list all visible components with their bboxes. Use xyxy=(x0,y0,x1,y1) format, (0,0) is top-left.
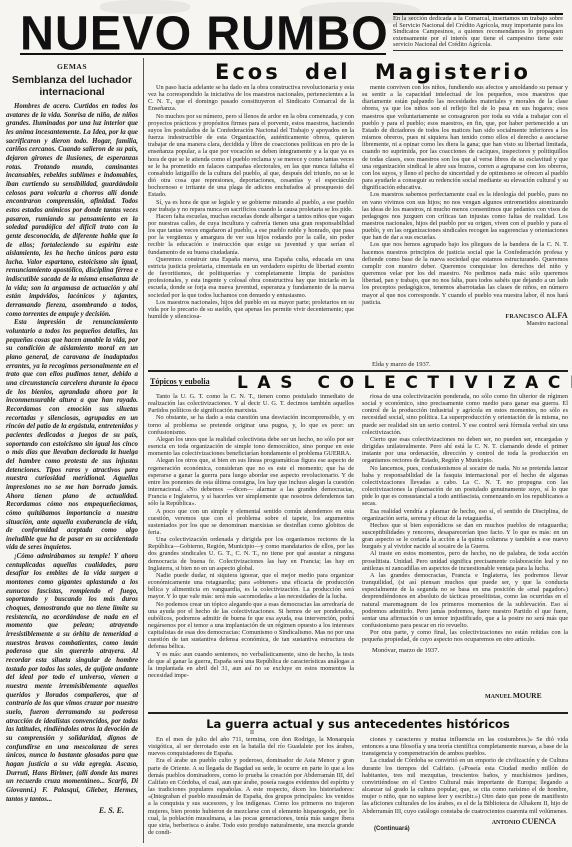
article-column: mente conviven con los niños, fundiendo … xyxy=(362,84,568,328)
paragraph: No lancemos, pues, confusionismos al soc… xyxy=(362,465,568,508)
paragraph: Hacen falta escuelas, muchas escuelas do… xyxy=(148,213,354,256)
left-signature: E. S. E. xyxy=(6,806,138,815)
article-signature: MANUEL MOURE xyxy=(485,691,542,700)
paragraph: Era el árabe un pueblo culto y poderoso,… xyxy=(148,757,354,836)
paragraph: Queremos construir una España nueva, una… xyxy=(148,256,354,299)
paragraph: riosa de una colectivización ponderada, … xyxy=(362,393,568,436)
continued-note: (Continuará) xyxy=(362,826,410,833)
article-column: Un paso hacia adelante se ha dado en la … xyxy=(148,84,354,328)
article-kicker: Tópicos y eubolia xyxy=(150,377,210,386)
article-column: ciones y caracteres y mutua influencia e… xyxy=(362,736,568,836)
paragraph: Al traste en estos momentos, pero de hec… xyxy=(362,550,568,571)
paragraph: Tanto la U. G. T. como la C. N. T., tien… xyxy=(148,393,354,414)
article-signature: ANTONIO CUENCA xyxy=(492,818,568,833)
paragraph: A poco que con un simple y elemental sen… xyxy=(148,508,354,537)
paragraph: ¡Cómo admirábamos su temple! Y ahora cen… xyxy=(6,553,138,804)
paragraph: Esa realidad vendría a plasmar de hecho,… xyxy=(362,508,568,522)
paragraph: Un paso hacia adelante se ha dado en la … xyxy=(148,84,354,113)
paragraph: Esta impresión de renunciamiento volunta… xyxy=(6,319,138,553)
paragraph: Los maestros sabemos perfectamente cual … xyxy=(362,191,568,241)
article-signature: FRANCISCO ALFA Maestro nacional xyxy=(362,312,568,328)
author-last: CUENCA xyxy=(522,817,556,826)
paragraph: No podemos crear un tópico alegando que … xyxy=(148,601,354,651)
article-title-colectivizaciones: LAS COLECTIVIZACIONES xyxy=(237,373,572,393)
paragraph: Sí, ya es hora de que se legisle y se go… xyxy=(148,199,354,213)
left-body: Hombres de acero. Curtidos en todos los … xyxy=(6,103,138,804)
author-name: FRANCISCO ALFA xyxy=(362,312,568,321)
left-title: Semblanza del luchador internacional xyxy=(6,74,138,98)
masthead-title: NUEVO RUMBO xyxy=(20,10,389,57)
paragraph: Nadie puede dudar, ni siquiera ignorar, … xyxy=(148,572,354,601)
paragraph: Alegan los unos que la realidad colectiv… xyxy=(148,436,354,457)
article-dateline: Monóvar, marzo de 1937. xyxy=(362,647,568,654)
article-colectivizaciones-body: Tanto la U. G. T. como la C. N. T., tien… xyxy=(148,393,568,679)
left-column: GEMAS Semblanza del luchador internacion… xyxy=(6,58,144,843)
paragraph: Cierto que esas colectivizaciones no deb… xyxy=(362,436,568,465)
author-first: MANUEL xyxy=(485,694,511,700)
paragraph: La ciudad de Córdoba se convirtió en un … xyxy=(362,757,568,814)
paragraph: mente conviven con los niños, fundiendo … xyxy=(362,84,568,191)
paragraph: Hechos que si bien esporádicos se dan en… xyxy=(362,522,568,551)
paragraph: En el mes de julio del año 711, termina,… xyxy=(148,736,354,757)
left-kicker: GEMAS xyxy=(6,62,138,71)
author-first: FRANCISCO xyxy=(505,314,543,320)
paragraph: Los que nos hemos agrupado bajo los plie… xyxy=(362,241,568,305)
author-role: Maestro nacional xyxy=(362,321,568,328)
masthead-rule xyxy=(20,53,386,55)
paragraph: Los maestros nacionales, hijos del puebl… xyxy=(148,299,354,320)
article-column: riosa de una colectivización ponderada, … xyxy=(362,393,568,679)
paragraph: Y es más: aun cuando sentemos, no verbal… xyxy=(148,651,354,680)
author-first: ANTONIO xyxy=(492,820,521,826)
section-divider xyxy=(148,370,568,372)
article-title-magisterio: Ecos del Magisterio xyxy=(215,60,570,84)
article-footer: (Continuará) ANTONIO CUENCA xyxy=(362,818,568,833)
paragraph: No obstante, se ha dado a esta cuestión … xyxy=(148,414,354,435)
article-title-guerra: La guerra actual y sus antecedentes hist… xyxy=(148,718,568,731)
article-magisterio-body: Un paso hacia adelante se ha dado en la … xyxy=(148,84,568,328)
article-guerra-body: En el mes de julio del año 711, termina,… xyxy=(148,736,568,836)
newspaper-page: NUEVO RUMBO En la sección dedicada a la … xyxy=(0,0,572,847)
paragraph: Por otra parte, y como final, las colect… xyxy=(362,629,568,643)
paragraph: Hombres de acero. Curtidos en todos los … xyxy=(6,103,138,319)
author-last: MOURE xyxy=(513,691,542,700)
masthead-notice: En la sección dedicada a la Comarcal, in… xyxy=(393,13,563,51)
paragraph: Una colectivización ordenada y dirigida … xyxy=(148,536,354,572)
article-column: En el mes de julio del año 711, termina,… xyxy=(148,736,354,836)
paragraph: A las grandes democracias, Francia e Ing… xyxy=(362,572,568,629)
section-divider xyxy=(148,712,568,714)
paragraph: ciones y caracteres y mutua influencia e… xyxy=(362,736,568,757)
article-column: Tanto la U. G. T. como la C. N. T., tien… xyxy=(148,393,354,679)
article-dateline: Elda y marzo de 1937. xyxy=(372,361,431,368)
paragraph: No muchos por su número, pero sí llenos … xyxy=(148,113,354,199)
author-last: ALFA xyxy=(546,311,568,320)
paragraph: Alegan los otros que, si bien en sus lín… xyxy=(148,457,354,507)
